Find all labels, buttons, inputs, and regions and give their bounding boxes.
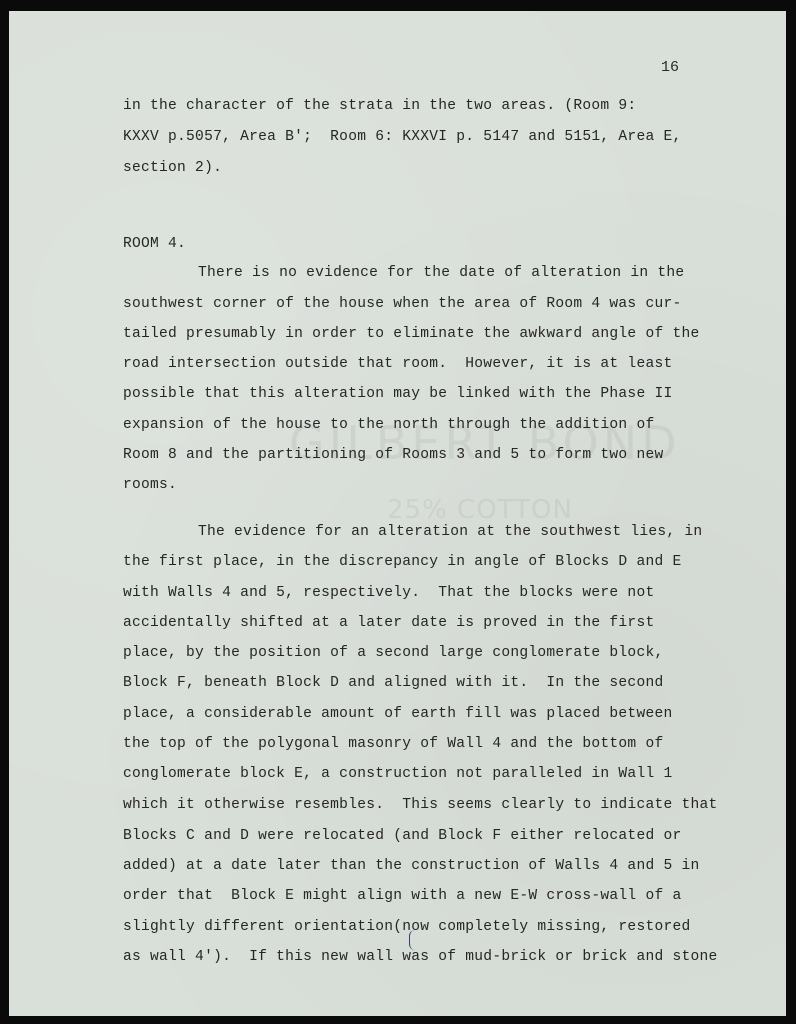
text-line: The evidence for an alteration at the so… <box>198 524 702 540</box>
text-line: tailed presumably in order to eliminate … <box>123 326 700 342</box>
text-line: which it otherwise resembles. This seems… <box>123 797 718 813</box>
text-line: Room 8 and the partitioning of Rooms 3 a… <box>123 447 663 463</box>
text-line: place, a considerable amount of earth fi… <box>123 706 672 722</box>
text-line: with Walls 4 and 5, respectively. That t… <box>123 585 654 601</box>
text-line: accidentally shifted at a later date is … <box>123 615 654 631</box>
text-line: expansion of the house to the north thro… <box>123 417 654 433</box>
text-line: There is no evidence for the date of alt… <box>198 265 684 281</box>
text-line: as wall 4'). If this new wall was of mud… <box>123 949 718 965</box>
section-heading: ROOM 4. <box>123 236 186 252</box>
text-line: conglomerate block E, a construction not… <box>123 766 672 782</box>
text-line: Block F, beneath Block D and aligned wit… <box>123 675 663 691</box>
text-line: order that Block E might align with a ne… <box>123 888 681 904</box>
watermark-cotton: 25% COTTON <box>387 495 573 525</box>
text-line: southwest corner of the house when the a… <box>123 296 681 312</box>
text-line: rooms. <box>123 477 177 493</box>
text-line: added) at a date later than the construc… <box>123 858 700 874</box>
text-line: road intersection outside that room. How… <box>123 356 672 372</box>
handwritten-parenthesis-mark <box>409 930 415 950</box>
page-number: 16 <box>661 59 679 76</box>
document-page: GILBERT BOND 25% COTTON 16 in the charac… <box>9 11 786 1016</box>
text-line: section 2). <box>123 160 222 176</box>
text-line: place, by the position of a second large… <box>123 645 663 661</box>
text-line: slightly different orientation(now compl… <box>123 919 690 935</box>
text-line: the top of the polygonal masonry of Wall… <box>123 736 663 752</box>
text-line: Blocks C and D were relocated (and Block… <box>123 828 681 844</box>
text-line: KXXV p.5057, Area B'; Room 6: KXXVI p. 5… <box>123 129 681 145</box>
text-line: possible that this alteration may be lin… <box>123 386 672 402</box>
text-line: in the character of the strata in the tw… <box>123 98 636 114</box>
text-line: the first place, in the discrepancy in a… <box>123 554 681 570</box>
